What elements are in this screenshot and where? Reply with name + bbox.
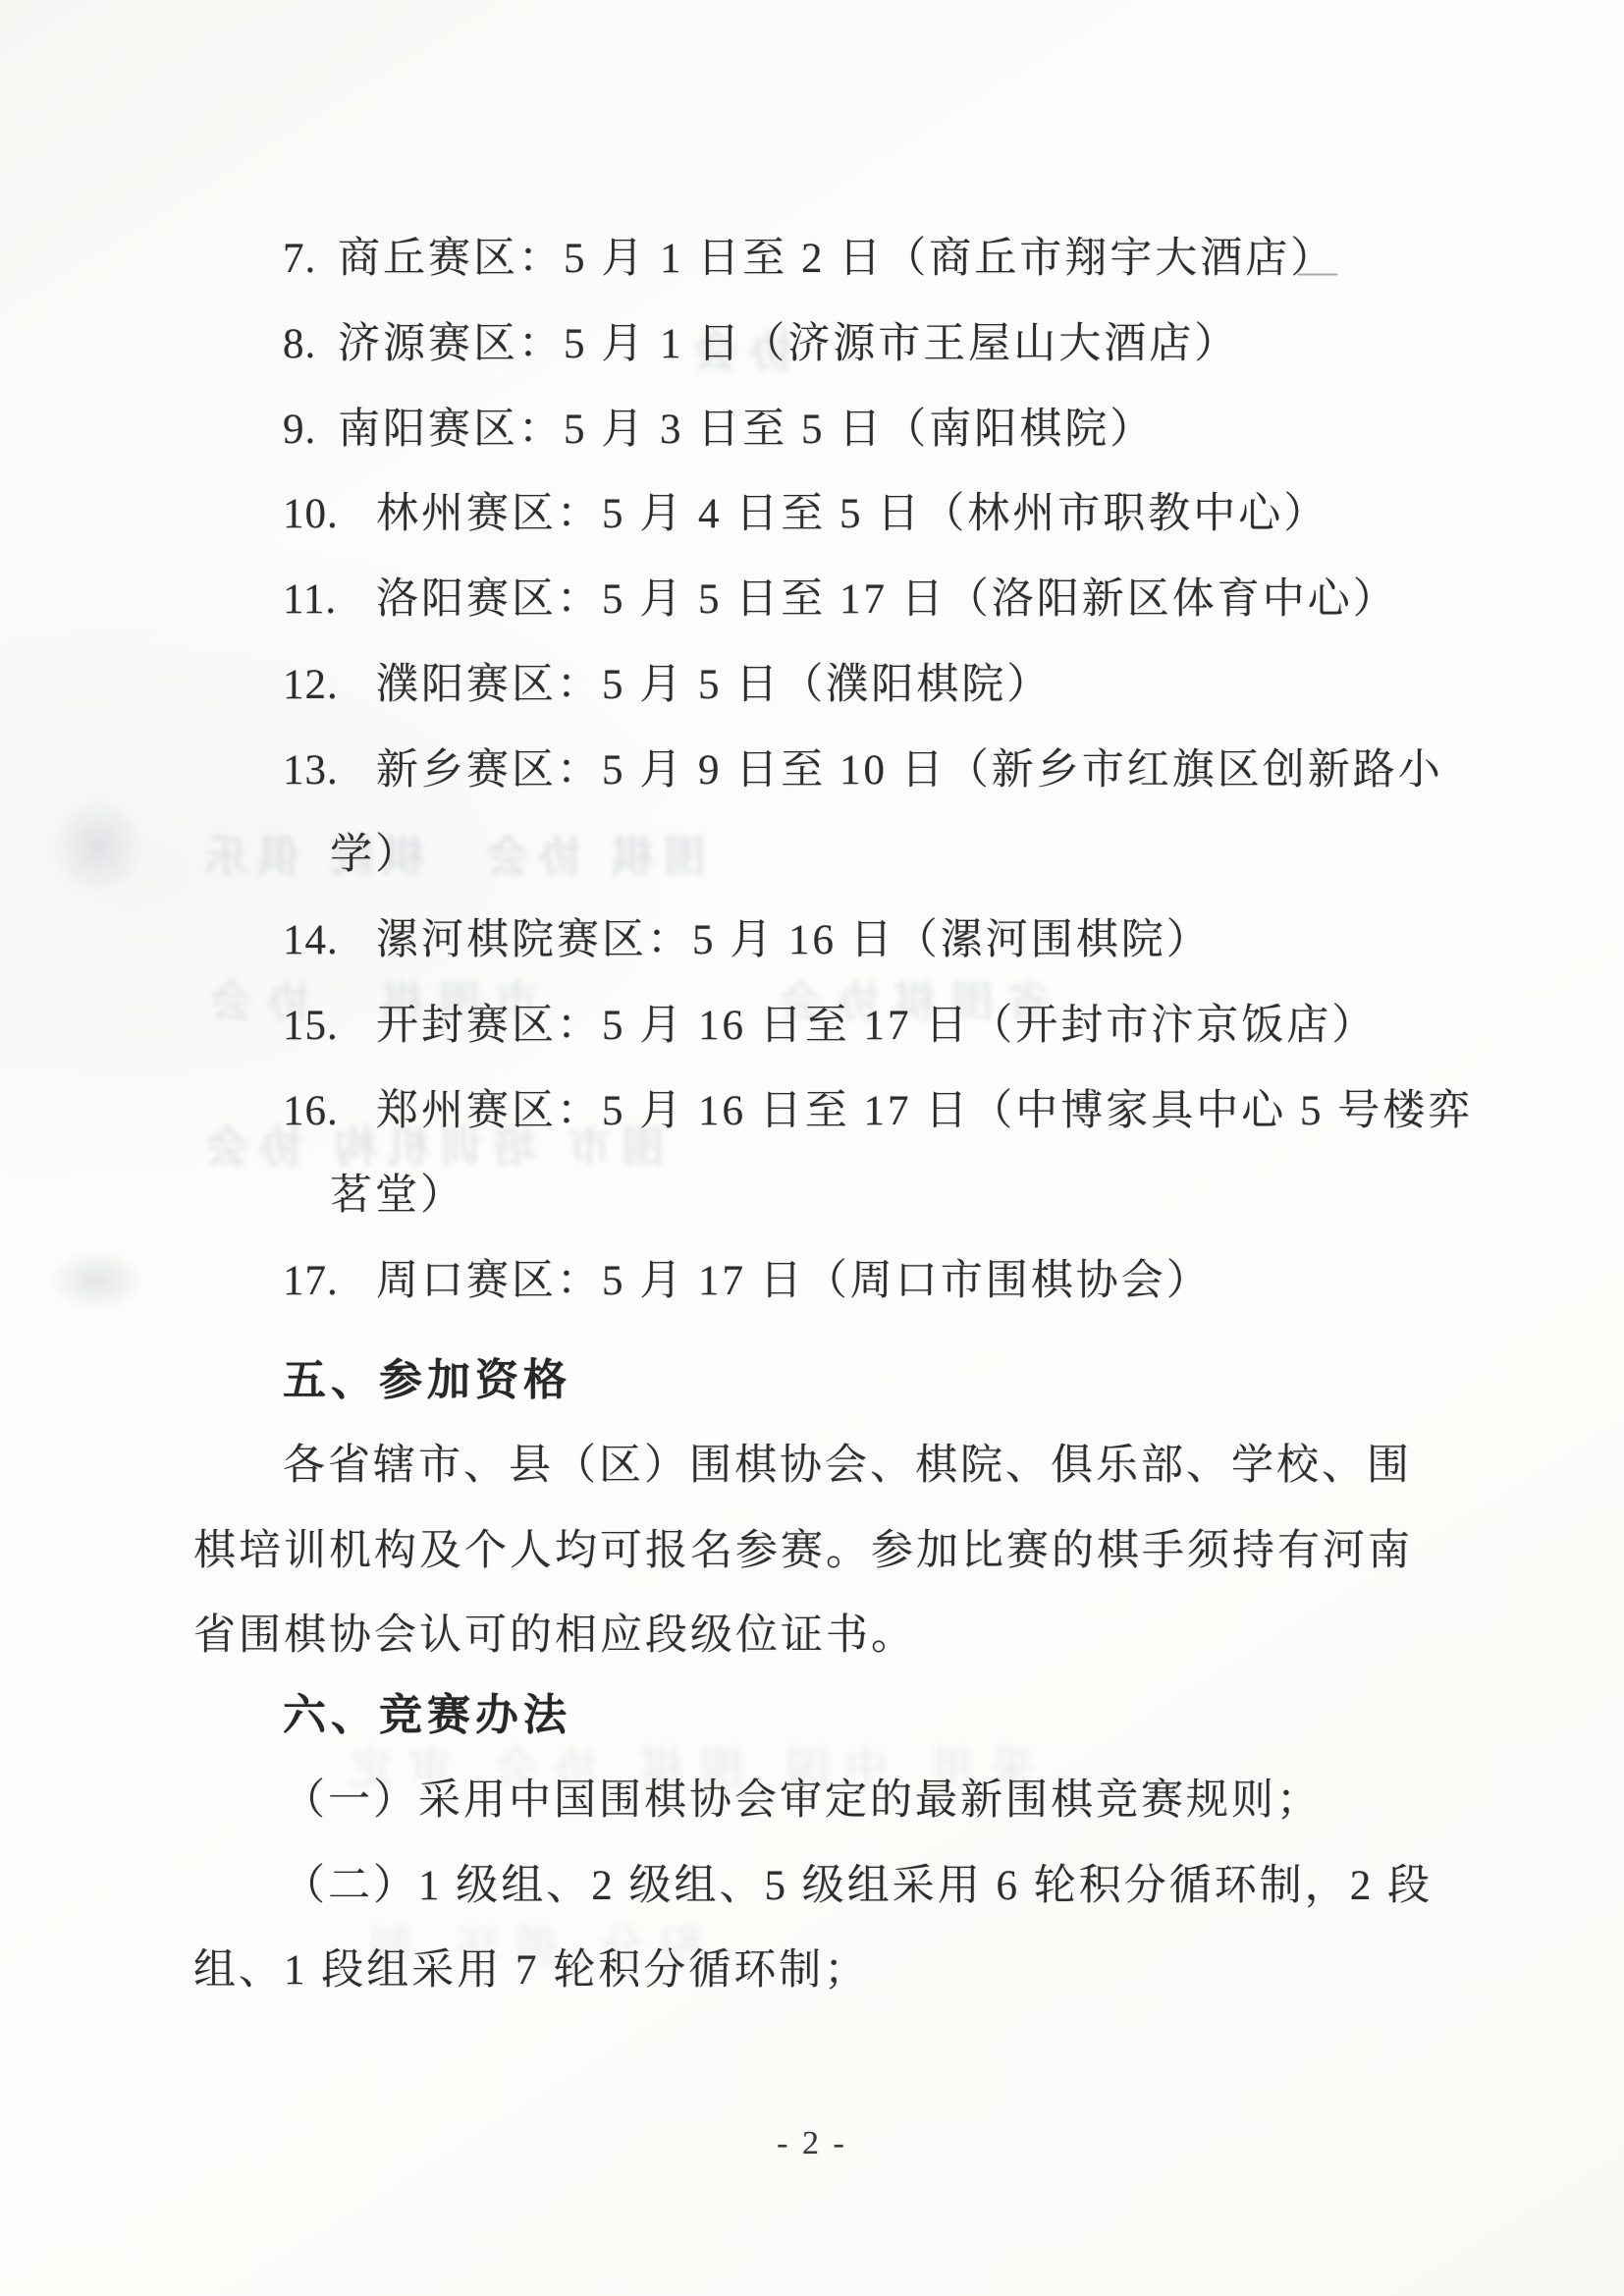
rule-line: （二）1 级组、2 级组、5 级组采用 6 轮积分循环制，2 段 xyxy=(283,1862,1433,1910)
scanned-document-page: 协会 围棋 协会 棋院 俱乐 省围棋协会 市围棋 协会 围市 培训机构 协会 采… xyxy=(0,0,1624,2296)
paragraph-line: 各省辖市、县（区）围棋协会、棋院、俱乐部、学校、围 xyxy=(283,1442,1412,1490)
item-text: 新乡赛区：5 月 9 日至 10 日（新乡市红旗区创新路小 xyxy=(376,747,1443,793)
item-number: 14. xyxy=(283,916,376,964)
bleed-through-artifact: 围棋 协会 棋院 俱乐 xyxy=(196,821,706,884)
venue-item: 14.漯河棋院赛区：5 月 16 日（漯河围棋院） xyxy=(283,916,1212,964)
rule-line: （一）采用中国围棋协会审定的最新围棋竞赛规则； xyxy=(283,1777,1322,1825)
venue-item: 8.济源赛区：5 月 1 日（济源市王屋山大酒店） xyxy=(283,320,1239,368)
item-number: 16. xyxy=(283,1087,376,1135)
item-text: 郑州赛区：5 月 16 日至 17 日（中博家具中心 5 号楼弈 xyxy=(376,1088,1473,1134)
rule-line: 组、1 段组采用 7 轮积分循环制； xyxy=(193,1946,869,1995)
paragraph-line: 棋培训机构及个人均可报名参赛。参加比赛的棋手须持有河南 xyxy=(193,1527,1413,1575)
venue-item: 11.洛阳赛区：5 月 5 日至 17 日（洛阳新区体育中心） xyxy=(283,575,1398,624)
item-text: 林州赛区：5 月 4 日至 5 日（林州市职教中心） xyxy=(376,491,1328,537)
item-number: 7. xyxy=(283,235,338,283)
scan-smudge xyxy=(51,797,144,896)
venue-item: 12.濮阳赛区：5 月 5 日（濮阳棋院） xyxy=(283,661,1052,709)
item-text: 济源赛区：5 月 1 日（济源市王屋山大酒店） xyxy=(338,321,1239,367)
item-number: 11. xyxy=(283,575,376,624)
item-number: 8. xyxy=(283,320,338,368)
venue-item: 16.郑州赛区：5 月 16 日至 17 日（中博家具中心 5 号楼弈 xyxy=(283,1087,1473,1135)
item-number: 17. xyxy=(283,1257,376,1305)
item-number: 12. xyxy=(283,661,376,709)
section-heading-rules: 六、竞赛办法 xyxy=(283,1691,571,1741)
item-text: 开封赛区：5 月 16 日至 17 日（开封市汴京饭店） xyxy=(376,1003,1377,1049)
item-number: 13. xyxy=(283,746,376,794)
continuation-line: 学） xyxy=(330,831,420,879)
item-text: 商丘赛区：5 月 1 日至 2 日（商丘市翔宇大酒店） xyxy=(338,236,1335,282)
item-number: 15. xyxy=(283,1002,376,1050)
item-number: 10. xyxy=(283,490,376,538)
item-text: 洛阳赛区：5 月 5 日至 17 日（洛阳新区体育中心） xyxy=(376,576,1398,623)
item-number: 9. xyxy=(283,406,338,454)
venue-item: 10.林州赛区：5 月 4 日至 5 日（林州市职教中心） xyxy=(283,490,1328,538)
section-heading-eligibility: 五、参加资格 xyxy=(283,1356,571,1406)
venue-item: 9.南阳赛区：5 月 3 日至 5 日（南阳棋院） xyxy=(283,406,1155,454)
item-text: 南阳赛区：5 月 3 日至 5 日（南阳棋院） xyxy=(338,407,1155,453)
page-number: - 2 - xyxy=(0,2124,1624,2162)
paragraph-line: 省围棋协会认可的相应段级位证书。 xyxy=(193,1612,916,1660)
item-text: 漯河棋院赛区：5 月 16 日（漯河围棋院） xyxy=(376,917,1212,963)
venue-item: 15.开封赛区：5 月 16 日至 17 日（开封市汴京饭店） xyxy=(283,1002,1377,1050)
venue-item: 13.新乡赛区：5 月 9 日至 10 日（新乡市红旗区创新路小 xyxy=(283,746,1443,794)
venue-item: 7.商丘赛区：5 月 1 日至 2 日（商丘市翔宇大酒店） xyxy=(283,235,1335,283)
item-text: 濮阳赛区：5 月 5 日（濮阳棋院） xyxy=(376,662,1052,708)
continuation-line: 茗堂） xyxy=(330,1172,465,1220)
venue-item: 17.周口赛区：5 月 17 日（周口市围棋协会） xyxy=(283,1257,1212,1305)
item-text: 周口赛区：5 月 17 日（周口市围棋协会） xyxy=(376,1258,1212,1304)
scan-smudge xyxy=(47,1249,145,1312)
